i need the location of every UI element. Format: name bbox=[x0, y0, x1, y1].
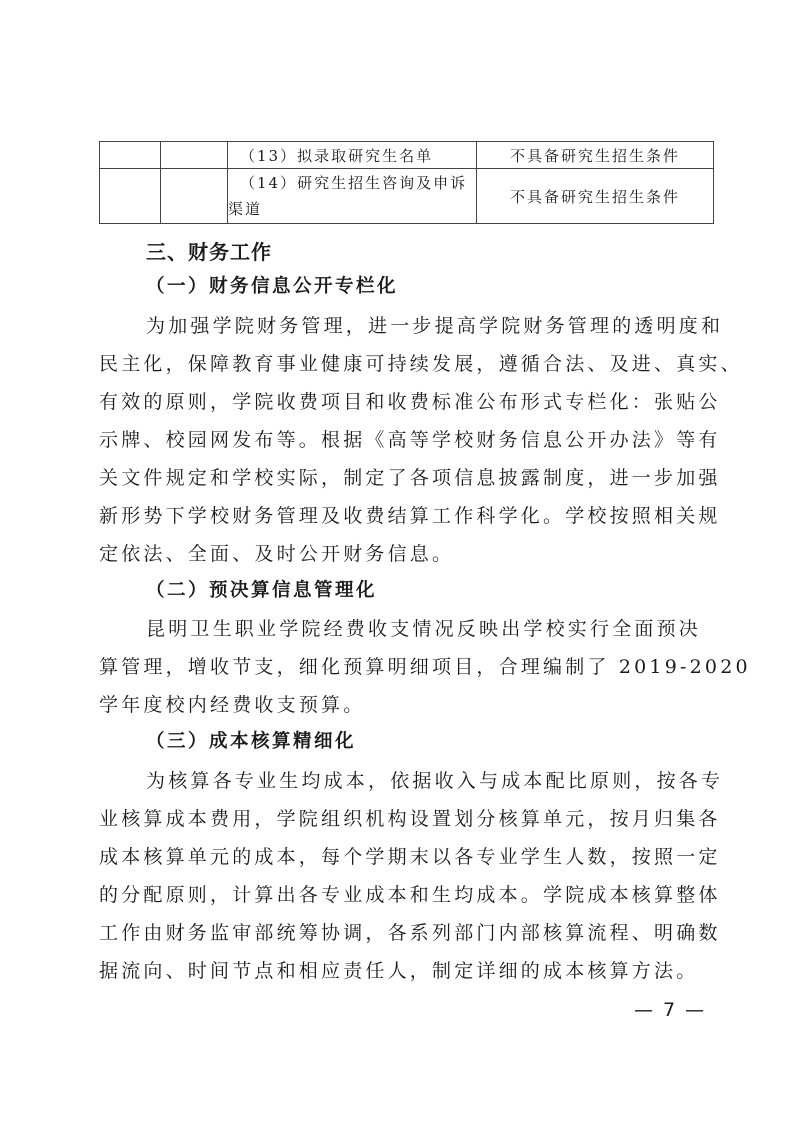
paragraph-line: 民主化，保障教育事业健康可持续发展，遵循合法、及进、真实、 bbox=[99, 349, 709, 376]
table-cell-item: （13）拟录取研究生名单 bbox=[228, 142, 477, 169]
paragraph-line: 学年度校内经费收支预算。 bbox=[99, 690, 709, 717]
table-cell-status: 不具备研究生招生条件 bbox=[477, 169, 714, 224]
subsection-heading: （一）财务信息公开专栏化 bbox=[146, 272, 756, 298]
table-cell-empty bbox=[100, 169, 161, 224]
table-cell-empty bbox=[100, 142, 161, 169]
table-cell-item: （14）研究生招生咨询及申诉渠道 bbox=[228, 169, 477, 224]
table-cell-empty bbox=[161, 169, 228, 224]
table-cell-empty bbox=[161, 142, 228, 169]
subsection-heading: （三）成本核算精细化 bbox=[146, 727, 756, 753]
paragraph-line: 新形势下学校财务管理及收费结算工作科学化。学校按照相关规 bbox=[99, 501, 709, 528]
paragraph-line: 算管理，增收节支，细化预算明细项目，合理编制了 2019-2020 bbox=[99, 652, 709, 679]
paragraph-line: 业核算成本费用，学院组织机构设置划分核算单元，按月归集各 bbox=[99, 804, 709, 831]
paragraph-line: 为核算各专业生均成本，依据收入与成本配比原则，按各专 bbox=[146, 766, 756, 793]
paragraph-line: 成本核算单元的成本，每个学期末以各专业学生人数，按照一定 bbox=[99, 842, 709, 869]
paragraph-line: 据流向、时间节点和相应责任人，制定详细的成本核算方法。 bbox=[99, 956, 709, 983]
paragraph-line: 的分配原则，计算出各专业成本和生均成本。学院成本核算整体 bbox=[99, 880, 709, 907]
paragraph-line: 示牌、校园网发布等。根据《高等学校财务信息公开办法》等有 bbox=[99, 425, 709, 452]
paragraph-line: 为加强学院财务管理，进一步提高学院财务管理的透明度和 bbox=[146, 311, 756, 338]
enrollment-table: （13）拟录取研究生名单 不具备研究生招生条件 （14）研究生招生咨询及申诉渠道… bbox=[99, 141, 714, 224]
table-row: （14）研究生招生咨询及申诉渠道 不具备研究生招生条件 bbox=[100, 169, 714, 224]
table-cell-status: 不具备研究生招生条件 bbox=[477, 142, 714, 169]
section-heading: 三、财务工作 bbox=[146, 236, 756, 265]
paragraph-line: 定依法、全面、及时公开财务信息。 bbox=[99, 539, 709, 566]
paragraph-line: 工作由财务监审部统筹协调，各系列部门内部核算流程、明确数 bbox=[99, 918, 709, 945]
paragraph-line: 有效的原则，学院收费项目和收费标准公布形式专栏化：张贴公 bbox=[99, 387, 709, 414]
table-row: （13）拟录取研究生名单 不具备研究生招生条件 bbox=[100, 142, 714, 169]
page-number: — 7 — bbox=[634, 999, 706, 1021]
paragraph-line: 昆明卫生职业学院经费收支情况反映出学校实行全面预决 bbox=[146, 614, 756, 641]
paragraph-line: 关文件规定和学校实际，制定了各项信息披露制度，进一步加强 bbox=[99, 463, 709, 490]
subsection-heading: （二）预决算信息管理化 bbox=[146, 576, 756, 602]
